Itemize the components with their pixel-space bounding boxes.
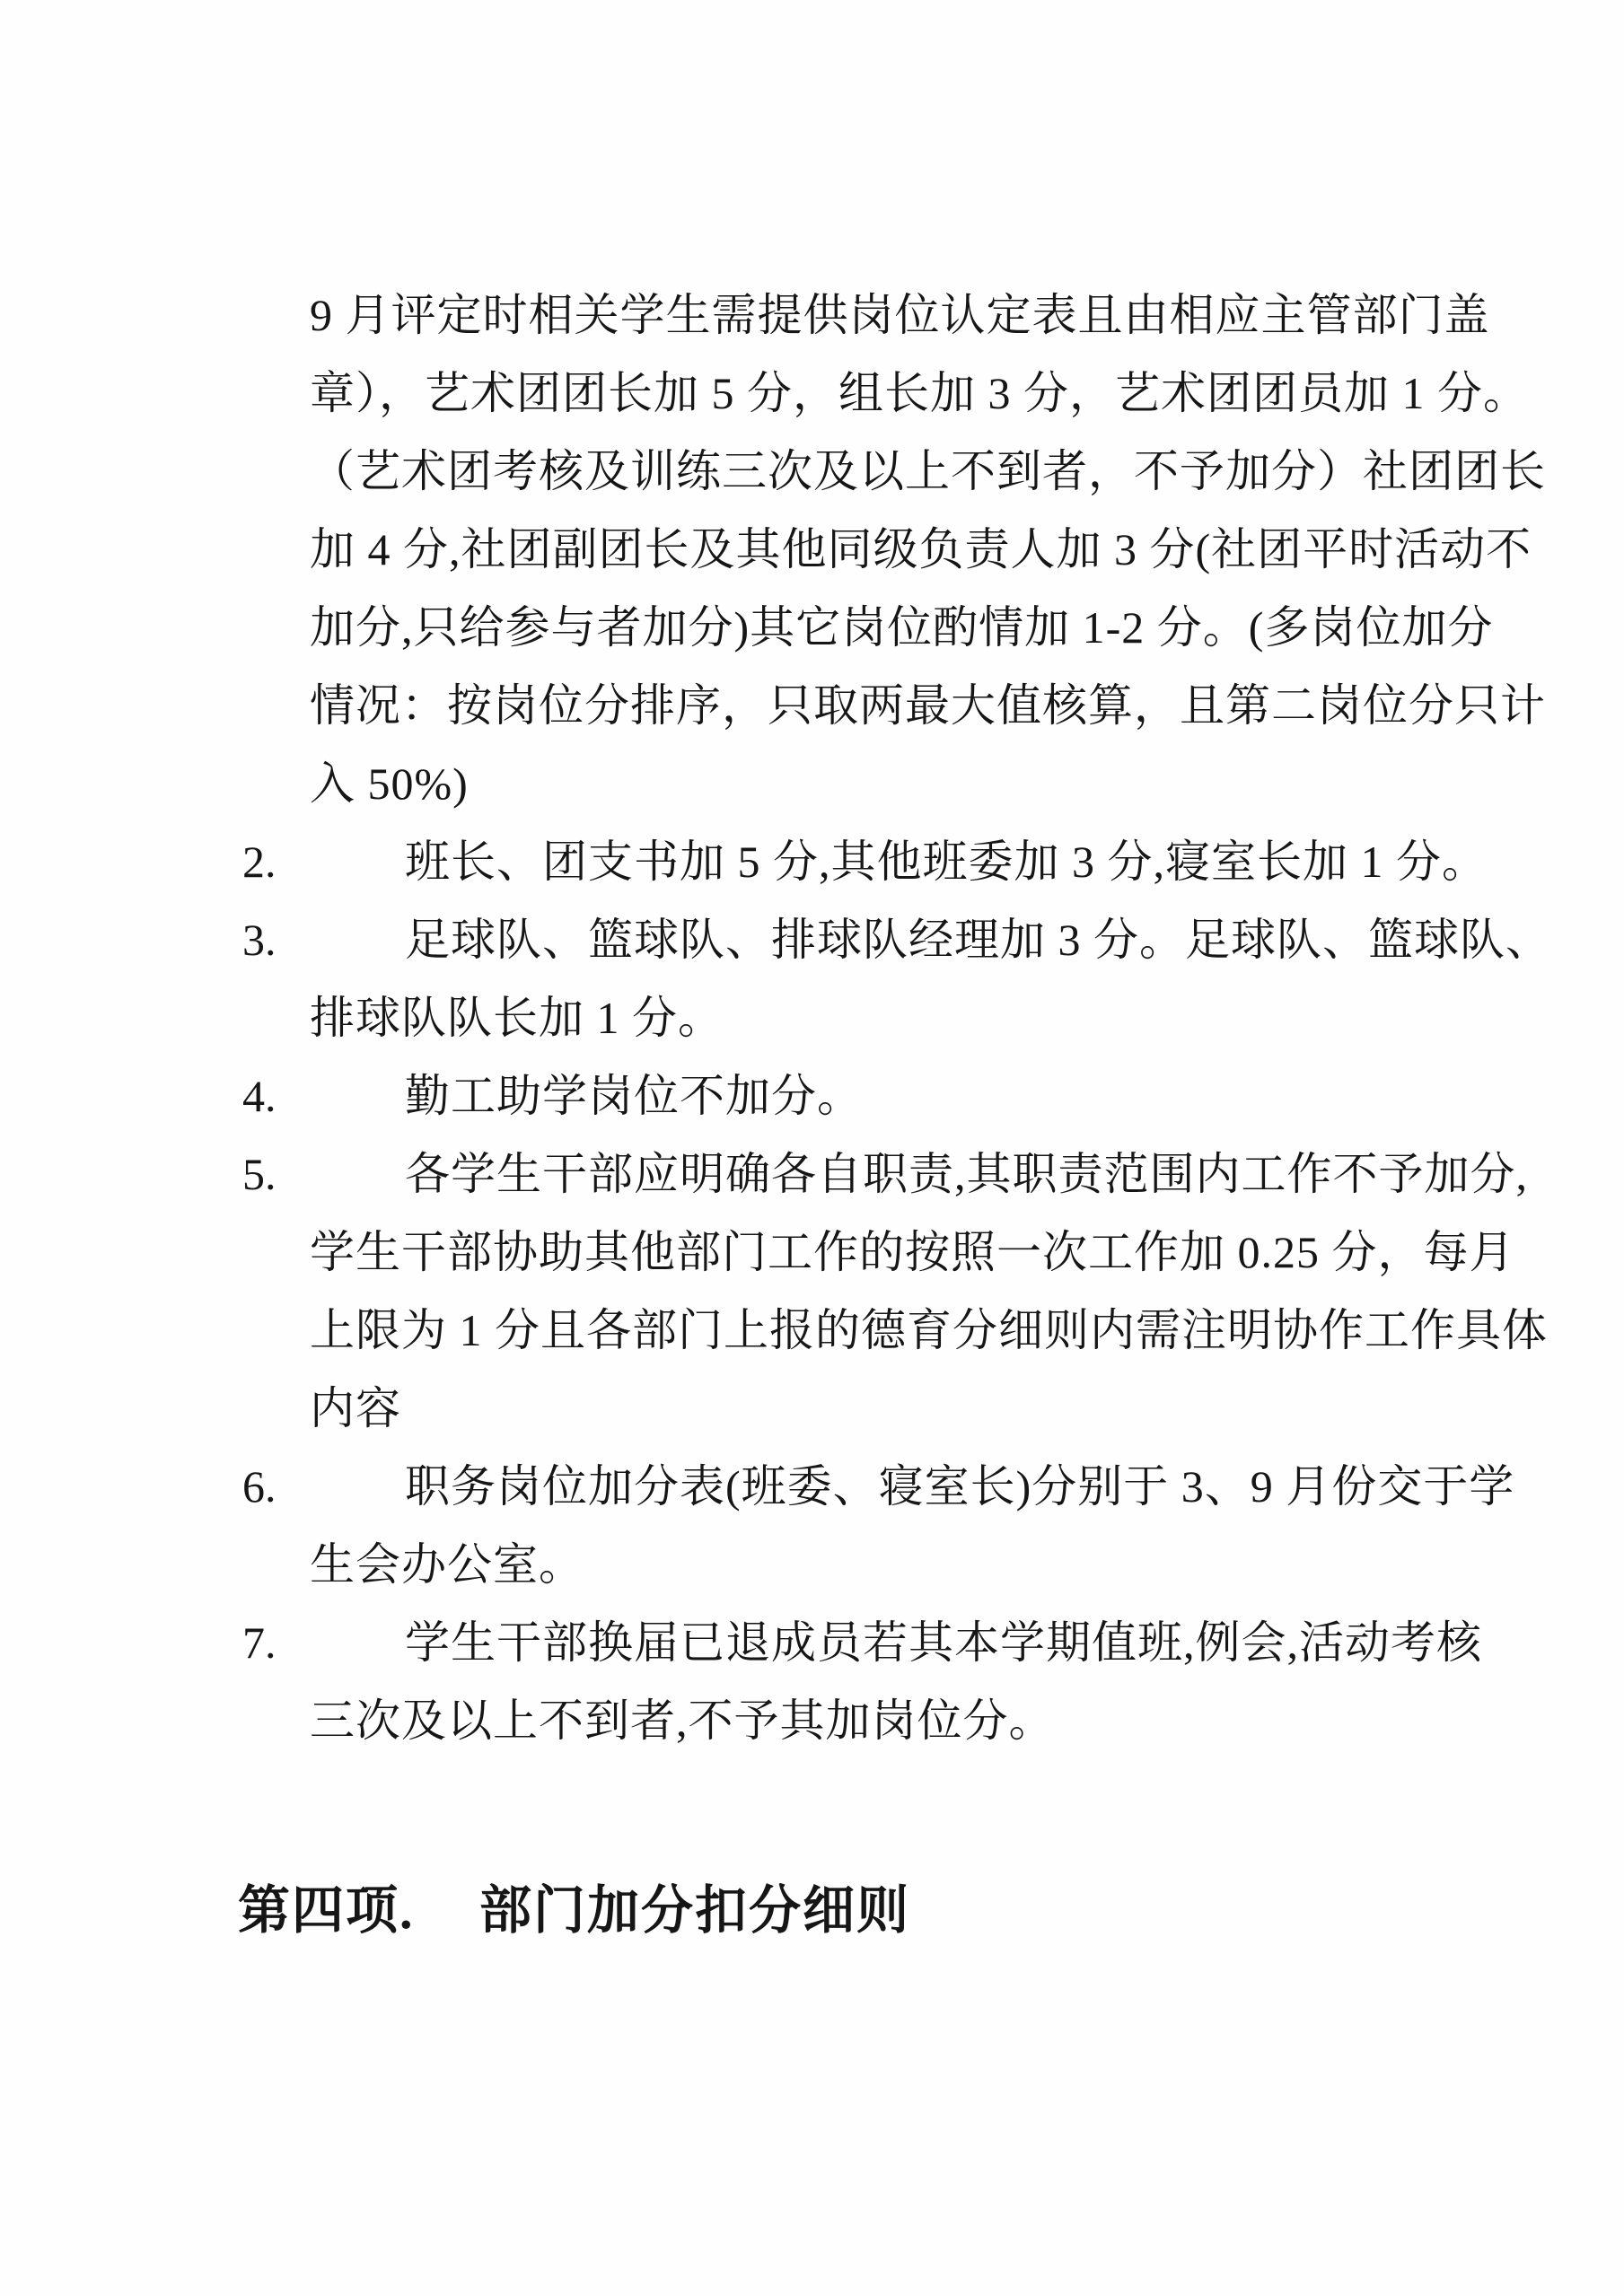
line-text: 三次及以上不到者,不予其加岗位分。	[310, 1696, 1055, 1746]
line-text: 学生干部换届已退成员若其本学期值班,例会,活动考核	[405, 1617, 1482, 1668]
section-heading: 第四项. 部门加分扣分细则	[238, 1881, 910, 1941]
list-item-number: 3.	[242, 914, 405, 966]
line-text: 足球队、篮球队、排球队经理加 3 分。足球队、篮球队、	[405, 915, 1551, 965]
document-page: 9 月评定时相关学生需提供岗位认定表且由相应主管部门盖章），艺术团团长加 5 分…	[0, 0, 1624, 2296]
text-line: 加分,只给参与者加分)其它岗位酌情加 1-2 分。(多岗位加分	[310, 601, 1493, 653]
list-item-number: 5.	[242, 1148, 405, 1200]
section-heading-number: 第四项.	[238, 1881, 415, 1941]
list-item-number: 2.	[242, 836, 405, 888]
text-line: 三次及以上不到者,不予其加岗位分。	[310, 1695, 1055, 1747]
line-text: 入 50%)	[310, 758, 469, 809]
line-text: 排球队队长加 1 分。	[310, 993, 724, 1043]
line-text: 加 4 分,社团副团长及其他同级负责人加 3 分(社团平时活动不	[310, 524, 1532, 574]
text-line: 入 50%)	[310, 758, 469, 810]
text-line: 学生干部协助其他部门工作的按照一次工作加 0.25 分，每月	[310, 1226, 1515, 1278]
line-text: 各学生干部应明确各自职责,其职责范围内工作不予加分,	[405, 1149, 1528, 1199]
text-line: 生会办公室。	[310, 1538, 584, 1591]
line-text: 内容	[310, 1383, 401, 1433]
text-line: 2.班长、团支书加 5 分,其他班委加 3 分,寝室长加 1 分。	[242, 836, 1488, 888]
line-text: 学生干部协助其他部门工作的按照一次工作加 0.25 分，每月	[310, 1227, 1515, 1277]
text-line: 5.各学生干部应明确各自职责,其职责范围内工作不予加分,	[242, 1148, 1528, 1200]
text-line: 3.足球队、篮球队、排球队经理加 3 分。足球队、篮球队、	[242, 914, 1551, 966]
line-text: （艺术团考核及训练三次及以上不到者，不予加分）社团团长	[310, 446, 1546, 496]
line-text: 情况：按岗位分排序，只取两最大值核算，且第二岗位分只计	[310, 680, 1546, 731]
text-line: 加 4 分,社团副团长及其他同级负责人加 3 分(社团平时活动不	[310, 523, 1532, 575]
line-text: 勤工助学岗位不加分。	[405, 1071, 863, 1121]
line-text: 上限为 1 分且各部门上报的德育分细则内需注明协作工作具体	[310, 1305, 1548, 1355]
line-text: 职务岗位加分表(班委、寝室长)分别于 3、9 月份交于学	[405, 1461, 1514, 1512]
text-line: 情况：按岗位分排序，只取两最大值核算，且第二岗位分只计	[310, 679, 1546, 732]
line-text: 9 月评定时相关学生需提供岗位认定表且由相应主管部门盖	[310, 290, 1490, 340]
text-line: 排球队队长加 1 分。	[310, 992, 724, 1044]
text-line: 内容	[310, 1382, 401, 1434]
section-heading-title: 部门加分扣分细则	[479, 1881, 910, 1940]
text-line: 6.职务岗位加分表(班委、寝室长)分别于 3、9 月份交于学	[242, 1460, 1514, 1512]
text-line: 上限为 1 分且各部门上报的德育分细则内需注明协作工作具体	[310, 1304, 1548, 1356]
line-text: 班长、团支书加 5 分,其他班委加 3 分,寝室长加 1 分。	[405, 837, 1488, 887]
list-item-number: 6.	[242, 1460, 405, 1512]
list-item-number: 7.	[242, 1617, 405, 1669]
text-line: （艺术团考核及训练三次及以上不到者，不予加分）社团团长	[310, 445, 1546, 497]
line-text: 生会办公室。	[310, 1539, 584, 1590]
text-line: 4.勤工助学岗位不加分。	[242, 1070, 863, 1122]
text-line: 7.学生干部换届已退成员若其本学期值班,例会,活动考核	[242, 1617, 1482, 1669]
list-item-number: 4.	[242, 1070, 405, 1122]
text-line: 9 月评定时相关学生需提供岗位认定表且由相应主管部门盖	[310, 289, 1490, 341]
line-text: 章），艺术团团长加 5 分，组长加 3 分，艺术团团员加 1 分。	[310, 368, 1529, 418]
line-text: 加分,只给参与者加分)其它岗位酌情加 1-2 分。(多岗位加分	[310, 602, 1493, 653]
text-line: 章），艺术团团长加 5 分，组长加 3 分，艺术团团员加 1 分。	[310, 367, 1529, 419]
